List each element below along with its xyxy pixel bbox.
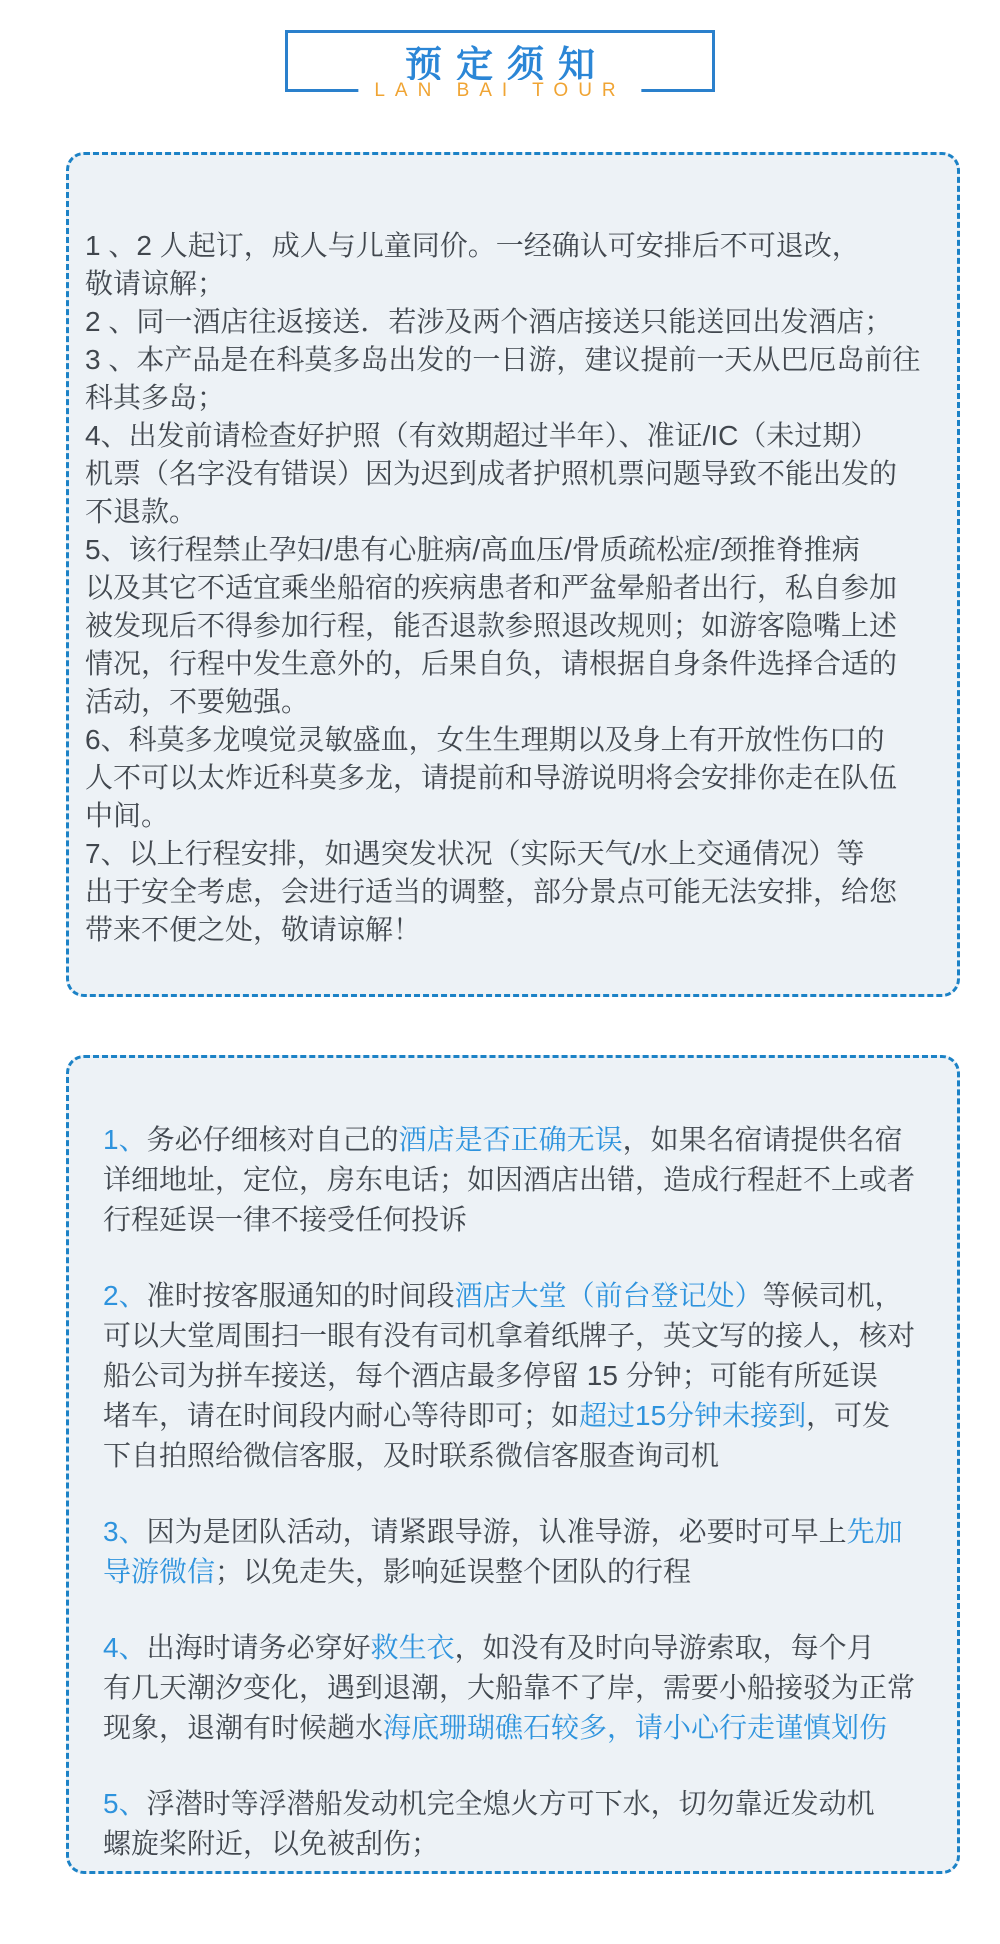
- highlight-text: 3、: [103, 1516, 147, 1547]
- text-segment: 6、科莫多龙嗅觉灵敏盛血，女生生理期以及身上有开放性伤口的: [85, 724, 885, 755]
- text-line: 出于安全考虑，会进行适当的调整，部分景点可能无法安排，给您: [85, 873, 935, 911]
- booking-notice-text: 1 、2 人起订，成人与儿童同价。一经确认可安排后不可退改，敬请谅解；2 、同一…: [85, 227, 935, 949]
- text-line: 3 、本产品是在科莫多岛出发的一日游，建议提前一天从巴厄岛前往: [85, 341, 935, 379]
- text-line: 详细地址，定位，房东电话；如因酒店出错，造成行程赶不上或者: [103, 1160, 929, 1200]
- text-segment: 螺旋桨附近，以免被刮伤；: [103, 1828, 439, 1859]
- text-segment: 7、以上行程安排，如遇突发状况（实际天气/水上交通倩况）等: [85, 838, 864, 869]
- text-line: 6、科莫多龙嗅觉灵敏盛血，女生生理期以及身上有开放性伤口的: [85, 721, 935, 759]
- highlight-text: 2、: [103, 1280, 147, 1311]
- text-line: 2、准时按客服通知的时间段酒店大堂（前台登记处）等候司机，: [103, 1276, 929, 1316]
- text-line: 被发现后不得参加行程，能否退款参照退改规则；如游客隐嘴上述: [85, 607, 935, 645]
- text-segment: 2 、同一酒店往返接送．若涉及两个酒店接送只能送回出发酒店；: [85, 306, 892, 337]
- highlight-text: 超过15分钟未接到: [579, 1400, 806, 1431]
- text-segment: 活动，不要勉强。: [85, 686, 309, 717]
- title-box: 预定须知 LAN BAI TOUR: [285, 30, 715, 92]
- highlight-text: 酒店是否正确无误: [399, 1124, 623, 1155]
- text-line: 螺旋桨附近，以免被刮伤；: [103, 1824, 929, 1864]
- text-line: 5、浮潜时等浮潜船发动机完全熄火方可下水，切勿靠近发动机: [103, 1784, 929, 1824]
- text-segment: 科其多岛；: [85, 382, 225, 413]
- text-line: 中间。: [85, 797, 935, 835]
- text-line: 4、出发前请检查好护照（有效期超过半年）、准证/IC（未过期）: [85, 417, 935, 455]
- text-line: 1 、2 人起订，成人与儿童同价。一经确认可安排后不可退改，: [85, 227, 935, 265]
- text-segment: 下自拍照给微信客服，及时联系微信客服查询司机: [103, 1440, 719, 1471]
- text-line: 7、以上行程安排，如遇突发状况（实际天气/水上交通倩况）等: [85, 835, 935, 873]
- tip-item-2: 2、准时按客服通知的时间段酒店大堂（前台登记处）等候司机，可以大堂周围扫一眼有没…: [103, 1276, 929, 1476]
- text-segment: 5、该行程禁止孕妇/患有心脏病/高血压/骨质疏松症/颈推脊推病: [85, 534, 860, 565]
- text-segment: 敬请谅解；: [85, 268, 225, 299]
- highlight-text: 救生衣: [371, 1632, 455, 1663]
- text-segment: 1 、2 人起订，成人与儿童同价。一经确认可安排后不可退改，: [85, 230, 860, 261]
- text-segment: 不退款。: [85, 496, 197, 527]
- text-line: 敬请谅解；: [85, 265, 935, 303]
- page-header: 预定须知 LAN BAI TOUR: [0, 0, 1000, 92]
- highlight-text: 导游微信: [103, 1556, 215, 1587]
- brand-subtitle: LAN BAI TOUR: [358, 80, 641, 102]
- tip-item-3: 3、因为是团队活动，请紧跟导游，认准导游，必要时可早上先加导游微信；以免走失，影…: [103, 1512, 929, 1592]
- text-segment: ；以免走失，影响延误整个团队的行程: [215, 1556, 691, 1587]
- text-line: 活动，不要勉强。: [85, 683, 935, 721]
- text-segment: ，如没有及时向导游索取，每个月: [455, 1632, 875, 1663]
- text-line: 机票（名字没有错误）因为迟到成者护照机票问题导致不能出发的: [85, 455, 935, 493]
- text-segment: ，如果名宿请提供名宿: [623, 1124, 903, 1155]
- booking-notice-box: 1 、2 人起订，成人与儿童同价。一经确认可安排后不可退改，敬请谅解；2 、同一…: [66, 152, 960, 997]
- text-line: 带来不便之处，敬请谅解！: [85, 911, 935, 949]
- text-segment: 被发现后不得参加行程，能否退款参照退改规则；如游客隐嘴上述: [85, 610, 897, 641]
- text-segment: 浮潜时等浮潜船发动机完全熄火方可下水，切勿靠近发动机: [147, 1788, 875, 1819]
- text-line: 下自拍照给微信客服，及时联系微信客服查询司机: [103, 1436, 929, 1476]
- tips-box: 1、务必仔细核对自己的酒店是否正确无误，如果名宿请提供名宿详细地址，定位，房东电…: [66, 1055, 960, 1874]
- text-segment: 有几天潮汐变化，遇到退潮，大船靠不了岸，需要小船接驳为正常: [103, 1672, 915, 1703]
- text-segment: 3 、本产品是在科莫多岛出发的一日游，建议提前一天从巴厄岛前往: [85, 344, 920, 375]
- tip-item-1: 1、务必仔细核对自己的酒店是否正确无误，如果名宿请提供名宿详细地址，定位，房东电…: [103, 1120, 929, 1240]
- text-line: 堵车，请在时间段内耐心等待即可；如超过15分钟未接到，可发: [103, 1396, 929, 1436]
- text-line: 人不可以太炸近科莫多龙，请提前和导游说明将会安排你走在队伍: [85, 759, 935, 797]
- highlight-text: 4、: [103, 1632, 147, 1663]
- text-segment: 带来不便之处，敬请谅解！: [85, 914, 421, 945]
- text-line: 科其多岛；: [85, 379, 935, 417]
- text-segment: 出海时请务必穿好: [147, 1632, 371, 1663]
- text-line: 5、该行程禁止孕妇/患有心脏病/高血压/骨质疏松症/颈推脊推病: [85, 531, 935, 569]
- text-line: 行程延误一律不接受任何投诉: [103, 1200, 929, 1240]
- text-segment: 机票（名字没有错误）因为迟到成者护照机票问题导致不能出发的: [85, 458, 897, 489]
- tip-item-4: 4、出海时请务必穿好救生衣，如没有及时向导游索取，每个月有几天潮汐变化，遇到退潮…: [103, 1628, 929, 1748]
- highlight-text: 酒店大堂（前台登记处）: [455, 1280, 763, 1311]
- text-segment: 人不可以太炸近科莫多龙，请提前和导游说明将会安排你走在队伍: [85, 762, 897, 793]
- text-segment: 因为是团队活动，请紧跟导游，认准导游，必要时可早上: [147, 1516, 847, 1547]
- text-line: 导游微信；以免走失，影响延误整个团队的行程: [103, 1552, 929, 1592]
- text-segment: 详细地址，定位，房东电话；如因酒店出错，造成行程赶不上或者: [103, 1164, 915, 1195]
- text-line: 1、务必仔细核对自己的酒店是否正确无误，如果名宿请提供名宿: [103, 1120, 929, 1160]
- text-line: 以及其它不适宜乘坐船宿的疾病患者和严盆晕船者出行，私自参加: [85, 569, 935, 607]
- text-segment: 准时按客服通知的时间段: [147, 1280, 455, 1311]
- text-segment: 行程延误一律不接受任何投诉: [103, 1204, 467, 1235]
- text-segment: ，可发: [806, 1400, 890, 1431]
- text-segment: 堵车，请在时间段内耐心等待即可；如: [103, 1400, 579, 1431]
- text-segment: 务必仔细核对自己的: [147, 1124, 399, 1155]
- text-segment: 可以大堂周围扫一眼有没有司机拿着纸牌子，英文写的接人，核对: [103, 1320, 915, 1351]
- text-segment: 现象，退潮有时候趟水: [103, 1712, 383, 1743]
- text-line: 2 、同一酒店往返接送．若涉及两个酒店接送只能送回出发酒店；: [85, 303, 935, 341]
- highlight-text: 先加: [847, 1516, 903, 1547]
- highlight-text: 5、: [103, 1788, 147, 1819]
- text-segment: 等候司机，: [763, 1280, 903, 1311]
- text-line: 情况，行程中发生意外的，后果自负，请根据自身条件选择合适的: [85, 645, 935, 683]
- text-segment: 4、出发前请检查好护照（有效期超过半年）、准证/IC（未过期）: [85, 420, 878, 451]
- text-segment: 出于安全考虑，会进行适当的调整，部分景点可能无法安排，给您: [85, 876, 897, 907]
- highlight-text: 海底珊瑚礁石较多，请小心行走谨慎划伤: [383, 1712, 887, 1743]
- text-line: 有几天潮汐变化，遇到退潮，大船靠不了岸，需要小船接驳为正常: [103, 1668, 929, 1708]
- text-segment: 以及其它不适宜乘坐船宿的疾病患者和严盆晕船者出行，私自参加: [85, 572, 897, 603]
- text-line: 现象，退潮有时候趟水海底珊瑚礁石较多，请小心行走谨慎划伤: [103, 1708, 929, 1748]
- text-segment: 中间。: [85, 800, 169, 831]
- highlight-text: 1、: [103, 1124, 147, 1155]
- tip-item-5: 5、浮潜时等浮潜船发动机完全熄火方可下水，切勿靠近发动机螺旋桨附近，以免被刮伤；: [103, 1784, 929, 1864]
- text-line: 可以大堂周围扫一眼有没有司机拿着纸牌子，英文写的接人，核对: [103, 1316, 929, 1356]
- text-line: 不退款。: [85, 493, 935, 531]
- text-line: 船公司为拼车接送，每个酒店最多停留 15 分钟；可能有所延误: [103, 1356, 929, 1396]
- text-line: 4、出海时请务必穿好救生衣，如没有及时向导游索取，每个月: [103, 1628, 929, 1668]
- text-line: 3、因为是团队活动，请紧跟导游，认准导游，必要时可早上先加: [103, 1512, 929, 1552]
- text-segment: 情况，行程中发生意外的，后果自负，请根据自身条件选择合适的: [85, 648, 897, 679]
- text-segment: 船公司为拼车接送，每个酒店最多停留 15 分钟；可能有所延误: [103, 1360, 878, 1391]
